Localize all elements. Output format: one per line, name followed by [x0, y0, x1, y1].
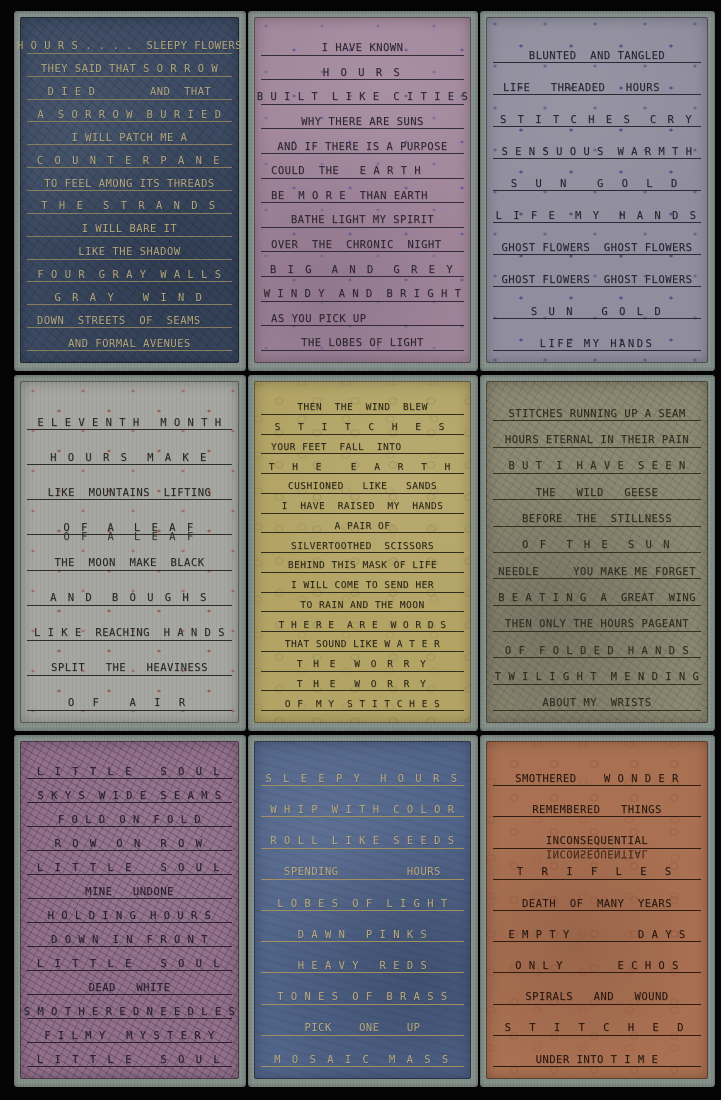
stitched-text-line: A N D B O U G H S [27, 571, 232, 606]
stitched-text-line: R O W O N R O W [27, 827, 232, 851]
stitched-text-line: O F T H E S U N [493, 527, 701, 553]
stitched-text-line: ABOUT MY WRISTS [493, 685, 701, 711]
stitched-text-line: S M O T H E R E D N E E D L E S [27, 995, 232, 1019]
stitched-text: G R A Y W I N D [55, 293, 205, 304]
stitched-text: E L E V E N T H M O N T H [37, 418, 221, 429]
stitched-text-line: I HAVE KNOWN [261, 31, 464, 56]
stitched-text-line: T O N E S O F B R A S S [261, 973, 464, 1004]
stitched-text: S U N G O L D [511, 179, 684, 190]
stitched-text-line: YOUR FEET FALL INTO [261, 435, 464, 455]
stitched-text-line: REMEMBERED THINGS [493, 786, 701, 817]
stitched-text-line: NEEDLE YOU MAKE ME FORGET [493, 553, 701, 579]
stitched-text: T H E R E A R E W O R D S [279, 621, 447, 631]
stitched-text: T H E S T R A N D S [41, 201, 217, 212]
stitched-text-line: W I N D Y A N D B R I G H T [261, 277, 464, 302]
stitched-text: THEY SAID THAT S O R R O W [41, 64, 218, 75]
stitched-text: REMEMBERED THINGS [532, 805, 662, 816]
stitched-text-line: S T I T C H E S [261, 415, 464, 435]
stitched-text: C O U N T E R P A N E [37, 156, 222, 167]
stitched-text-line: H O U R S . . . . SLEEPY FLOWERS [27, 31, 232, 54]
stitched-text-line: WHY THERE ARE SUNS [261, 105, 464, 130]
stitched-text: R O W O N R O W [55, 839, 205, 850]
fabric-panel: H O U R S . . . . SLEEPY FLOWERSTHEY SAI… [20, 17, 239, 363]
stitched-text-line: LIKE THE SHADOW [27, 237, 232, 260]
stitched-text: GHOST FLOWERS GHOST FLOWERS [501, 275, 692, 286]
stitched-text: BE M O R E THAN EARTH [271, 191, 428, 202]
stitched-text-line: COULD THE E A R T H [261, 154, 464, 179]
stitched-text: T O N E S O F B R A S S [277, 992, 448, 1003]
stitched-text-line: THE WILD GEESE [493, 474, 701, 500]
stitched-text: I HAVE RAISED MY HANDS [282, 502, 444, 512]
stitched-text: I WILL COME TO SEND HER [291, 581, 434, 591]
fabric-panel: I HAVE KNOWNH O U R SB U I L T L I K E C… [254, 17, 471, 363]
stitched-text: A PAIR OF [335, 522, 391, 532]
stitched-text: H O L D I N G H O U R S [48, 911, 212, 922]
stitched-text-line: S T I T C H E S C R Y [493, 95, 701, 127]
stitched-text-line: S T I T C H E D [493, 1005, 701, 1036]
stitched-text-line: H O L D I N G H O U R S [27, 899, 232, 923]
stitched-text: STITCHES RUNNING UP A SEAM [508, 409, 685, 420]
quilt-panel-bottom-right: SMOTHERED W O N D E RREMEMBERED THINGSIN… [480, 735, 715, 1087]
stitched-text-line: B U I L T L I K E C I T I E S [261, 80, 464, 105]
stitched-text-line: S K Y S W I D E S E A M S [27, 779, 232, 803]
stitched-text-line: SILVERTOOTHED SCISSORS [261, 533, 464, 553]
stitched-text: T W I L I G H T M E N D I N G [495, 672, 700, 683]
stitched-text: LIFE MY HANDS [540, 339, 655, 350]
stitched-text: L O B E S O F L I G H T [277, 899, 448, 910]
stitched-text: AND FORMAL AVENUES [68, 339, 191, 350]
stitched-text-line: D I E D AND THAT [27, 77, 232, 100]
stitched-text: THE MOON MAKE BLACK [54, 558, 204, 569]
stitched-text: L I T T L E S O U L [37, 767, 222, 778]
stitched-text-line: TO FEEL AMONG ITS THREADS [27, 168, 232, 191]
stitched-text: UNDER INTO T I M E [536, 1055, 659, 1066]
stitched-text: DEAD WHITE [89, 983, 171, 994]
stitched-text: L I T T L E S O U L [37, 863, 222, 874]
stitched-text: S L E E P Y H O U R S [265, 774, 459, 785]
stitched-text: H E A V Y R E D S [298, 961, 428, 972]
stitched-text-line: R O L L L I K E S E E D S [261, 817, 464, 848]
stitched-text: THE LOBES OF LIGHT [301, 338, 424, 349]
stitched-text: THAT SOUND LIKE W A T E R [285, 640, 441, 650]
stitched-text-line: THEN ONLY THE HOURS PAGEANT [493, 606, 701, 632]
stitched-text-line: AND FORMAL AVENUES [27, 328, 232, 351]
stitched-text: LIKE MOUNTAINS LIFTING [48, 488, 212, 499]
stitched-text-line: D O W N I N F R O N T [27, 923, 232, 947]
stitched-text: A N D B O U G H S [50, 593, 209, 604]
stitched-text: S T I T C H E S C R Y [500, 115, 694, 126]
stitched-text-line: SPLIT THE HEAVINESS [27, 641, 232, 676]
stitched-text: S M O T H E R E D N E E D L E S [24, 1007, 235, 1018]
stitched-text-line: O F F O L D E D H A N D S [493, 632, 701, 658]
stitched-text: B U T I H A V E S E E N [508, 461, 685, 472]
stitched-text-line: T H E R E A R E W O R D S [261, 612, 464, 632]
quilt-panel-middle-left: E L E V E N T H M O N T HH O U R S M A K… [14, 375, 246, 731]
stitched-text-line: O F M Y S T I T C H E S [261, 691, 464, 711]
stitched-text: L I T T L E S O U L [37, 1055, 222, 1066]
stitched-text: ABOUT MY WRISTS [542, 698, 651, 709]
stitched-text: NEEDLE YOU MAKE ME FORGET [498, 567, 696, 578]
stitched-text: AND IF THERE IS A PURPOSE [277, 142, 448, 153]
stitched-text: O F M Y S T I T C H E S [285, 700, 441, 710]
stitched-text-line: H E A V Y R E D S [261, 942, 464, 973]
stitched-text-line: DEATH OF MANY YEARS [493, 880, 701, 911]
stitched-text-line: T R I F L E S [493, 849, 701, 880]
stitched-text-line: S U N G O L D [493, 159, 701, 191]
stitched-text: W I N D Y A N D B R I G H T [264, 289, 462, 300]
stitched-text-line: THEN THE WIND BLEW [261, 395, 464, 415]
stitched-text-line: A PAIR OF [261, 514, 464, 534]
stitched-text-line: BATHE LIGHT MY SPIRIT [261, 203, 464, 228]
fabric-panel: BLUNTED AND TANGLEDLIFE THREADED HOURSS … [486, 17, 708, 363]
fabric-panel: L I T T L E S O U LS K Y S W I D E S E A… [20, 741, 239, 1079]
stitched-text: I HAVE KNOWN [322, 43, 404, 54]
stitched-text: H O U R S [323, 68, 402, 79]
stitched-text: D A W N P I N K S [298, 930, 428, 941]
stitched-text: E M P T Y D A Y S [508, 930, 685, 941]
stitched-text: GHOST FLOWERS GHOST FLOWERS [501, 243, 692, 254]
stitched-text-line: T W I L I G H T M E N D I N G [493, 658, 701, 684]
stitched-text: F I L M Y M Y S T E R Y [44, 1031, 215, 1042]
stitched-text: WHY THERE ARE SUNS [301, 117, 424, 128]
quilt-panel-bottom-center: S L E E P Y H O U R SW H I P W I T H C O… [248, 735, 478, 1087]
stitched-text-line: O N L Y E C H O S [493, 942, 701, 973]
stitched-text: COULD THE E A R T H [271, 166, 421, 177]
stitched-text-line: L I T T L E S O U L [27, 851, 232, 875]
stitched-text-line: GHOST FLOWERS GHOST FLOWERS [493, 223, 701, 255]
stitched-text: S K Y S W I D E S E A M S [37, 791, 221, 802]
stitched-text: O F A I R [68, 698, 191, 709]
stitched-text-line: DOWN STREETS OF SEAMS [27, 305, 232, 328]
stitched-text: T H E E A R T H [269, 463, 457, 473]
stitched-text: O N L Y E C H O S [515, 961, 679, 972]
quilt-panel-middle-right: STITCHES RUNNING UP A SEAMHOURS ETERNAL … [480, 375, 715, 731]
stitched-text-line: LIKE MOUNTAINS LIFTING [27, 465, 232, 500]
stitched-text-line: S L E E P Y H O U R S [261, 755, 464, 786]
stitched-text: H O U R S M A K E [50, 453, 209, 464]
quilt-panel-top-center: I HAVE KNOWNH O U R SB U I L T L I K E C… [248, 11, 478, 371]
stitched-text: BATHE LIGHT MY SPIRIT [291, 215, 434, 226]
stitched-text-line: A S O R R O W B U R I E D [27, 100, 232, 123]
stitched-text-line: F O L D O N F O L D [27, 803, 232, 827]
stitched-text-line: T H E W O R R Y [261, 652, 464, 672]
stitched-text-line: AS YOU PICK UP [261, 302, 464, 327]
stitched-text-line: O F A I R [27, 676, 232, 711]
stitched-text-line: UNDER INTO T I M E [493, 1036, 701, 1067]
stitched-text-line: BEHIND THIS MASK OF LIFE [261, 553, 464, 573]
stitched-text: F O U R G R A Y W A L L S [37, 270, 221, 281]
stitched-text-line: B U T I H A V E S E E N [493, 448, 701, 474]
stitched-text-line: L I F E M Y H A N D S [493, 191, 701, 223]
stitched-text-line: SMOTHERED W O N D E R [493, 755, 701, 786]
stitched-text-line: L I T T L E S O U L [27, 1043, 232, 1067]
stitched-text: I WILL PATCH ME A [72, 133, 188, 144]
fabric-panel: E L E V E N T H M O N T HH O U R S M A K… [20, 381, 239, 723]
stitched-text: T R I F L E S [517, 867, 677, 878]
stitched-text: DEATH OF MANY YEARS [522, 899, 672, 910]
stitched-text: B E A T I N G A GREAT WING [498, 593, 696, 604]
stitched-text: L I K E REACHING H A N D S [34, 628, 225, 639]
stitched-text-line: B I G A N D G R E Y [261, 252, 464, 277]
stitched-text: SPLIT THE HEAVINESS [51, 663, 208, 674]
stitched-text: CUSHIONED LIKE SANDS [288, 482, 437, 492]
stitched-text: S T I T C H E D [505, 1023, 690, 1034]
stitched-text-line: THE MOON MAKE BLACK [27, 535, 232, 570]
stitched-text-line: I WILL COME TO SEND HER [261, 573, 464, 593]
stitched-text-line: C O U N T E R P A N E [27, 145, 232, 168]
stitched-text-line: PICK ONE UP [261, 1005, 464, 1036]
stitched-text-line: W H I P W I T H C O L O R [261, 786, 464, 817]
stitched-text: MINE UNDONE [85, 887, 174, 898]
stitched-text-line: STITCHES RUNNING UP A SEAM [493, 395, 701, 421]
quilt-panel-bottom-left: L I T T L E S O U LS K Y S W I D E S E A… [14, 735, 246, 1087]
stitched-text-line: AND IF THERE IS A PURPOSE [261, 129, 464, 154]
stitched-text-line: G R A Y W I N D [27, 282, 232, 305]
stitched-text-line: H O U R S [261, 56, 464, 81]
quilt-panel-middle-center: THEN THE WIND BLEWS T I T C H E SYOUR FE… [248, 375, 478, 731]
stitched-text-line: BEFORE THE STILLNESS [493, 500, 701, 526]
stitched-text-line: L O B E S O F L I G H T [261, 880, 464, 911]
stitched-text: SPIRALS AND WOUND [525, 992, 668, 1003]
stitched-text-line: L I T T L E S O U L [27, 947, 232, 971]
stitched-text: SILVERTOOTHED SCISSORS [291, 542, 434, 552]
stitched-text: S E N S U O U S W A R M T H [501, 147, 692, 158]
stitched-text-line: DEAD WHITE [27, 971, 232, 995]
stitched-text-line: H O U R S M A K E [27, 430, 232, 465]
stitched-text-line: S U N G O L D [493, 287, 701, 319]
stitched-text: SPENDING HOURS [284, 867, 441, 878]
stitched-text-line: B E A T I N G A GREAT WING [493, 579, 701, 605]
stitched-text-line: GHOST FLOWERS GHOST FLOWERS [493, 255, 701, 287]
stitched-text: THEN ONLY THE HOURS PAGEANT [505, 619, 689, 630]
fabric-panel: SMOTHERED W O N D E RREMEMBERED THINGSIN… [486, 741, 708, 1079]
stitched-text: D O W N I N F R O N T [51, 935, 208, 946]
stitched-text: LIKE THE SHADOW [78, 247, 180, 258]
stitched-text-line: LIFE THREADED HOURS [493, 63, 701, 95]
stitched-text: I WILL BARE IT [82, 224, 178, 235]
stitched-text: O F F O L D E D H A N D S [505, 646, 689, 657]
stitched-text: T H E W O R R Y [297, 680, 429, 690]
stitched-text: AS YOU PICK UP [271, 314, 367, 325]
stitched-text: L I F E M Y H A N D S [496, 211, 699, 222]
stitched-text: HOURS ETERNAL IN THEIR PAIN [505, 435, 689, 446]
stitched-text: DOWN STREETS OF SEAMS [37, 316, 201, 327]
stitched-text: TO RAIN AND THE MOON [300, 601, 424, 611]
fabric-panel: STITCHES RUNNING UP A SEAMHOURS ETERNAL … [486, 381, 708, 723]
stitched-text-line: THAT SOUND LIKE W A T E R [261, 632, 464, 652]
stitched-text: T H E W O R R Y [297, 660, 429, 670]
stitched-text-line: CUSHIONED LIKE SANDS [261, 474, 464, 494]
stitched-text: SMOTHERED W O N D E R [515, 774, 679, 785]
stitched-text-line: THEY SAID THAT S O R R O W [27, 54, 232, 77]
stitched-text-line: TO RAIN AND THE MOON [261, 593, 464, 613]
stitched-text: L I T T L E S O U L [37, 959, 222, 970]
stitched-text: S T I T C H E S [275, 423, 451, 433]
quilt-artwork-photo: H O U R S . . . . SLEEPY FLOWERSTHEY SAI… [0, 0, 721, 1100]
stitched-text-line: THE LOBES OF LIGHT [261, 326, 464, 351]
stitched-text-line: T H E S T R A N D S [27, 191, 232, 214]
stitched-text: INCONSEQUENTIAL [546, 836, 648, 847]
stitched-text: O F T H E S U N [522, 540, 672, 551]
stitched-text: OVER THE CHRONIC NIGHT [271, 240, 442, 251]
stitched-text: YOUR FEET FALL INTO [271, 443, 402, 453]
stitched-text: LIFE THREADED HOURS [503, 83, 660, 94]
fabric-panel: THEN THE WIND BLEWS T I T C H E SYOUR FE… [254, 381, 471, 723]
stitched-text: THE WILD GEESE [536, 488, 659, 499]
stitched-text-line: E M P T Y D A Y S [493, 911, 701, 942]
stitched-text-line: T H E E A R T H [261, 454, 464, 474]
stitched-text-line: HOURS ETERNAL IN THEIR PAIN [493, 421, 701, 447]
stitched-text-line: D A W N P I N K S [261, 911, 464, 942]
stitched-text: A S O R R O W B U R I E D [37, 110, 221, 121]
stitched-text-line: LIFE MY HANDS [493, 319, 701, 351]
stitched-text-line: I WILL BARE IT [27, 214, 232, 237]
stitched-text-line: E L E V E N T H M O N T H [27, 395, 232, 430]
quilt-panel-top-left: H O U R S . . . . SLEEPY FLOWERSTHEY SAI… [14, 11, 246, 371]
stitched-text: PICK ONE UP [305, 1023, 421, 1034]
stitched-text-line: O F A L E A FO F A L E A F [27, 500, 232, 535]
stitched-text: BEHIND THIS MASK OF LIFE [288, 561, 437, 571]
stitched-text-line: I HAVE RAISED MY HANDS [261, 494, 464, 514]
stitched-text: TO FEEL AMONG ITS THREADS [44, 179, 215, 190]
stitched-text: THEN THE WIND BLEW [297, 403, 428, 413]
stitched-text-line: S E N S U O U S W A R M T H [493, 127, 701, 159]
stitched-text: BLUNTED AND TANGLED [529, 51, 665, 62]
fabric-panel: S L E E P Y H O U R SW H I P W I T H C O… [254, 741, 471, 1079]
stitched-text: R O L L L I K E S E E D S [270, 836, 454, 847]
stitched-text: F O L D O N F O L D [58, 815, 201, 826]
stitched-text-line: SPIRALS AND WOUND [493, 973, 701, 1004]
stitched-text-line: INCONSEQUENTIALINCONSEQUENTIAL [493, 817, 701, 848]
stitched-text-line: SPENDING HOURS [261, 849, 464, 880]
stitched-text-line: BLUNTED AND TANGLED [493, 31, 701, 63]
stitched-text-line: F I L M Y M Y S T E R Y [27, 1019, 232, 1043]
stitched-text: B U I L T L I K E C I T I E S [257, 92, 468, 103]
quilt-panel-top-right: BLUNTED AND TANGLEDLIFE THREADED HOURSS … [480, 11, 715, 371]
stitched-text-line: L I T T L E S O U L [27, 755, 232, 779]
stitched-text: BEFORE THE STILLNESS [522, 514, 672, 525]
stitched-text: W H I P W I T H C O L O R [270, 805, 454, 816]
stitched-text-line: OVER THE CHRONIC NIGHT [261, 228, 464, 253]
stitched-text-line: T H E W O R R Y [261, 672, 464, 692]
stitched-text: M O S A I C M A S S [274, 1055, 450, 1066]
stitched-text: D I E D AND THAT [48, 87, 212, 98]
stitched-text-line: F O U R G R A Y W A L L S [27, 260, 232, 283]
stitched-text-line: MINE UNDONE [27, 875, 232, 899]
stitched-text-line: M O S A I C M A S S [261, 1036, 464, 1067]
stitched-text: B I G A N D G R E Y [270, 265, 455, 276]
stitched-text-line: I WILL PATCH ME A [27, 122, 232, 145]
stitched-text-line: L I K E REACHING H A N D S [27, 606, 232, 641]
stitched-text: S U N G O L D [531, 307, 663, 318]
quilt-grid: H O U R S . . . . SLEEPY FLOWERSTHEY SAI… [0, 0, 721, 1100]
stitched-text-line: BE M O R E THAN EARTH [261, 179, 464, 204]
stitched-text: H O U R S . . . . SLEEPY FLOWERS [17, 41, 242, 52]
